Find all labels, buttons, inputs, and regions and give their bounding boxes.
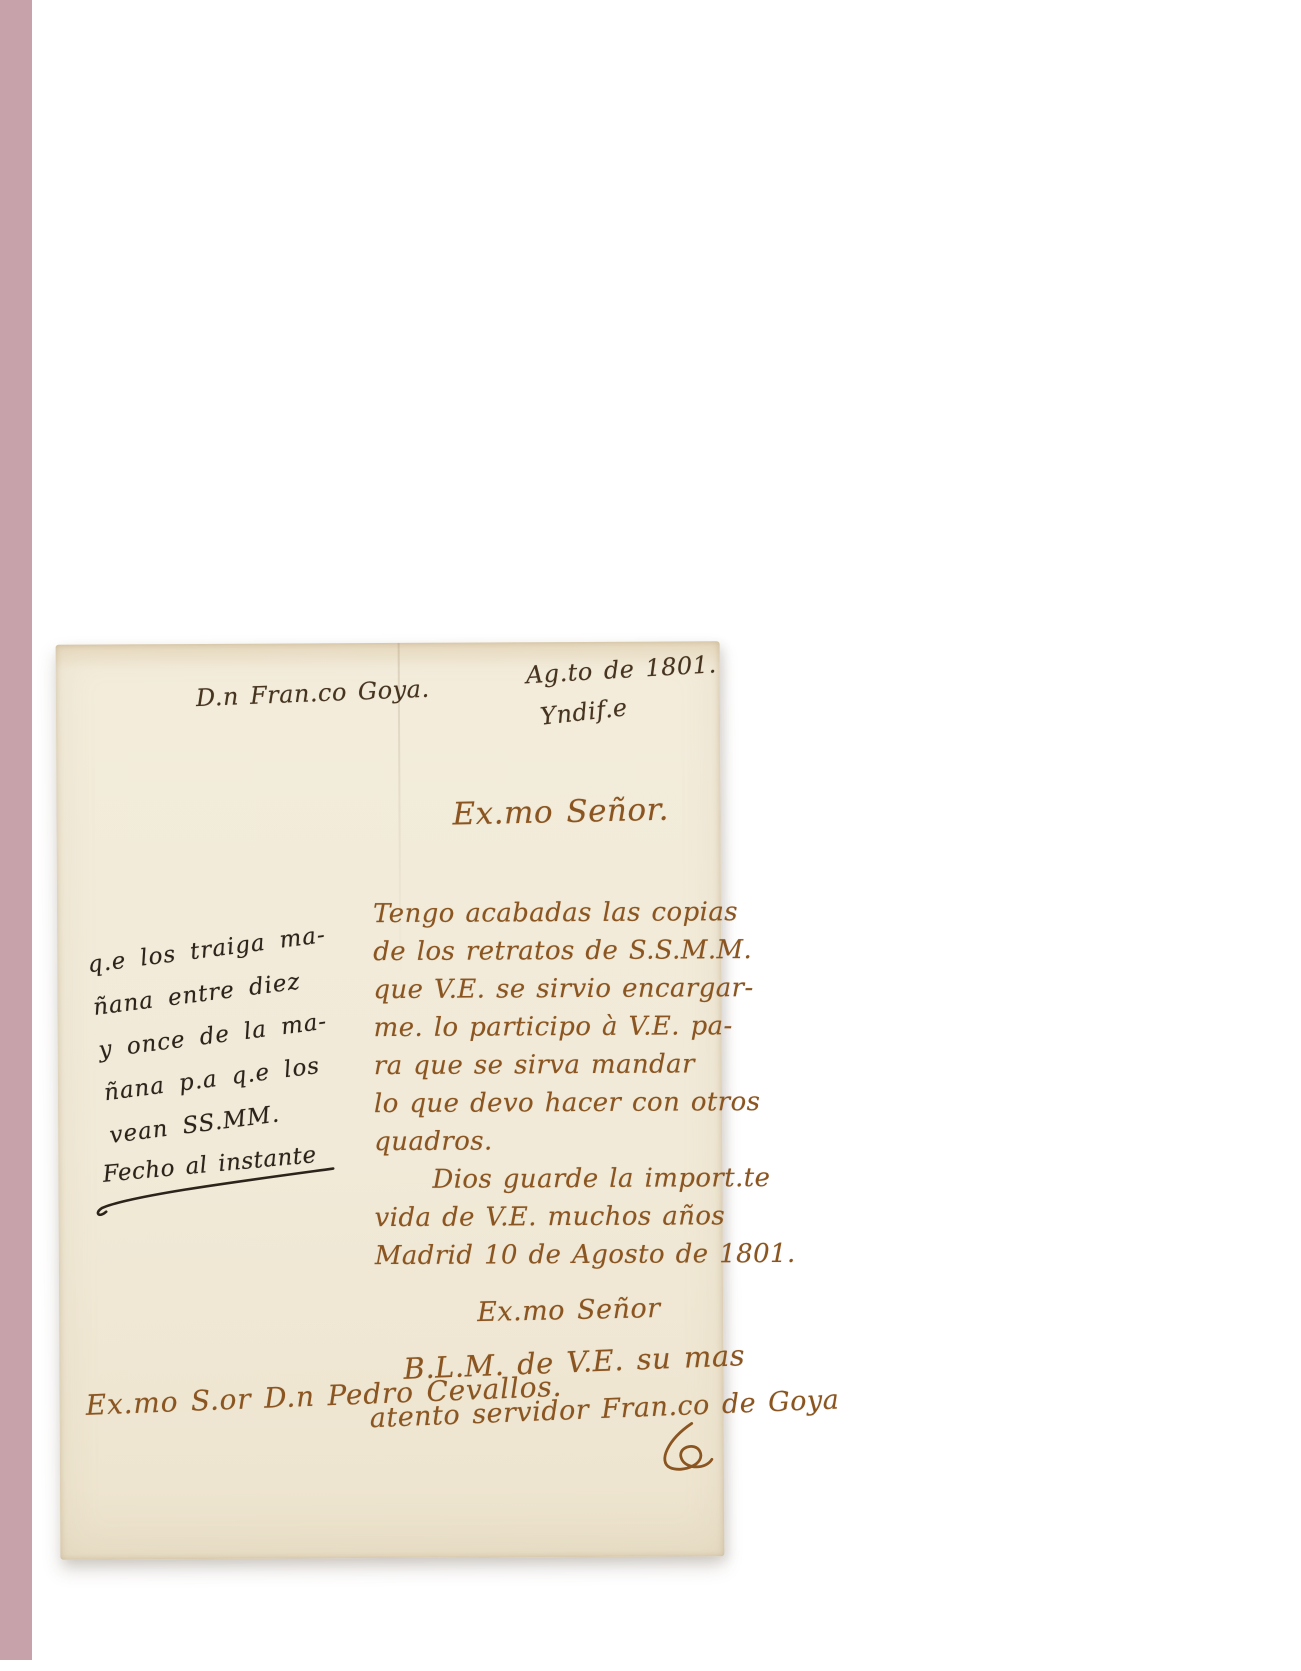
letter-salutation: Ex.mo Señor. [452,792,669,833]
body-line: vida de V.E. muchos años [375,1197,711,1237]
body-line: quadros. [374,1121,710,1161]
margin-note: q.e los traiga ma- ñana entre diez y onc… [85,906,410,1157]
archival-annotation-author: D.n Fran.co Goya. [195,675,430,712]
left-accent-stripe [0,0,32,1660]
body-line: Dios guarde la import.te [374,1159,710,1199]
body-line: Madrid 10 de Agosto de 1801. [375,1235,711,1275]
body-line: me. lo participo à V.E. pa- [374,1007,710,1047]
letter-manuscript-scan: D.n Fran.co Goya. Ag.to de 1801. Yndif.e… [56,641,725,1559]
body-line: que V.E. se sirvio encargar- [373,969,709,1009]
body-line: ra que se sirva mandar [374,1045,710,1085]
closing-salutation: Ex.mo Señor [477,1293,661,1328]
body-line: de los retratos de S.S.M.M. [373,931,709,971]
body-line: Tengo acabadas las copias [373,893,709,933]
page-background: D.n Fran.co Goya. Ag.to de 1801. Yndif.e… [0,0,1301,1671]
archival-annotation-filing-note: Yndif.e [539,693,629,730]
archival-annotation-date: Ag.to de 1801. [525,650,717,689]
letter-body: Tengo acabadas las copias de los retrato… [373,893,711,1275]
body-line: lo que devo hacer con otros [374,1083,710,1123]
signature-rubric [648,1419,718,1475]
